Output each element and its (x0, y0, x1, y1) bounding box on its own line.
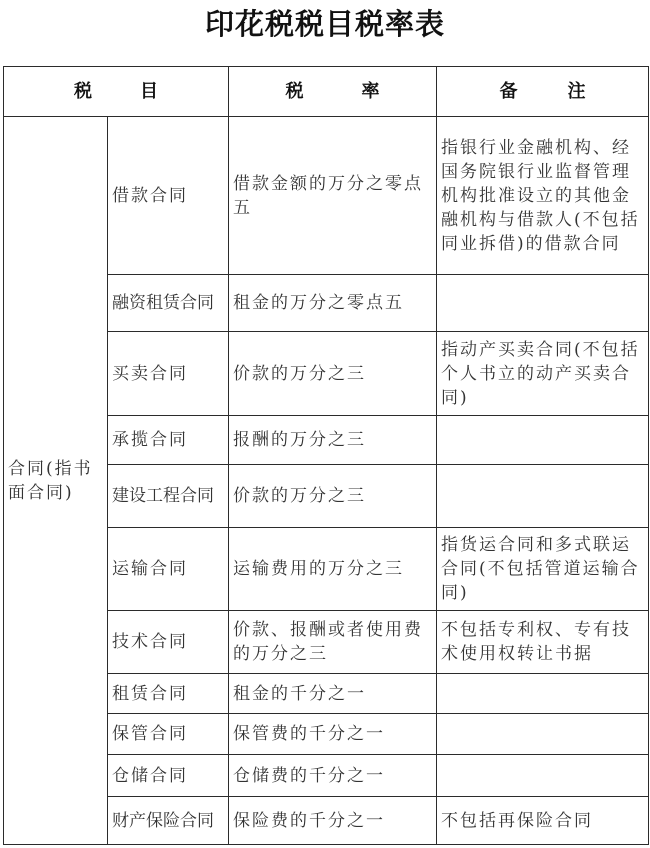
rate-cell: 价款、报酬或者使用费的万分之三 (229, 611, 437, 674)
header-tax-item-char1: 税 (74, 81, 92, 102)
note-cell (437, 714, 649, 755)
rate-cell: 租金的千分之一 (229, 674, 437, 714)
header-tax-rate-char2: 率 (362, 81, 380, 102)
note-cell (437, 674, 649, 714)
rate-cell: 仓储费的千分之一 (229, 755, 437, 797)
item-cell: 承揽合同 (108, 416, 229, 465)
note-cell: 指银行业金融机构、经国务院银行业监督管理机构批准设立的其他金融机构与借款人(不包… (437, 117, 649, 275)
item-cell: 买卖合同 (108, 332, 229, 416)
header-tax-rate-char1: 税 (286, 81, 304, 102)
rate-cell: 报酬的万分之三 (229, 416, 437, 465)
rate-cell: 保险费的千分之一 (229, 797, 437, 845)
header-tax-rate: 税率 (229, 67, 437, 117)
tax-rate-table: 税目 税率 备注 合同(指书面合同) 借款合同 借款金额的万分之零点五 指银行业… (3, 66, 649, 845)
note-cell (437, 465, 649, 528)
item-cell: 仓储合同 (108, 755, 229, 797)
header-remarks: 备注 (437, 67, 649, 117)
rate-cell: 价款的万分之三 (229, 465, 437, 528)
note-cell: 不包括专利权、专有技术使用权转让书据 (437, 611, 649, 674)
note-cell: 指动产买卖合同(不包括个人书立的动产买卖合同) (437, 332, 649, 416)
header-remarks-char2: 注 (568, 81, 586, 102)
rate-cell: 保管费的千分之一 (229, 714, 437, 755)
header-remarks-char1: 备 (500, 81, 518, 102)
item-cell: 租赁合同 (108, 674, 229, 714)
header-tax-item: 税目 (4, 67, 229, 117)
table-header-row: 税目 税率 备注 (4, 67, 649, 117)
item-cell: 融资租赁合同 (108, 275, 229, 332)
note-cell (437, 755, 649, 797)
item-cell: 运输合同 (108, 528, 229, 611)
rate-cell: 价款的万分之三 (229, 332, 437, 416)
category-cell: 合同(指书面合同) (4, 117, 108, 845)
table-row: 合同(指书面合同) 借款合同 借款金额的万分之零点五 指银行业金融机构、经国务院… (4, 117, 649, 275)
item-cell: 建设工程合同 (108, 465, 229, 528)
note-cell (437, 416, 649, 465)
note-cell (437, 275, 649, 332)
item-cell: 借款合同 (108, 117, 229, 275)
note-cell: 指货运合同和多式联运合同(不包括管道运输合同) (437, 528, 649, 611)
item-cell: 财产保险合同 (108, 797, 229, 845)
item-cell: 保管合同 (108, 714, 229, 755)
header-tax-item-char2: 目 (140, 81, 158, 102)
document-title: 印花税税目税率表 (0, 2, 650, 43)
rate-cell: 借款金额的万分之零点五 (229, 117, 437, 275)
item-cell: 技术合同 (108, 611, 229, 674)
rate-cell: 运输费用的万分之三 (229, 528, 437, 611)
rate-cell: 租金的万分之零点五 (229, 275, 437, 332)
note-cell: 不包括再保险合同 (437, 797, 649, 845)
